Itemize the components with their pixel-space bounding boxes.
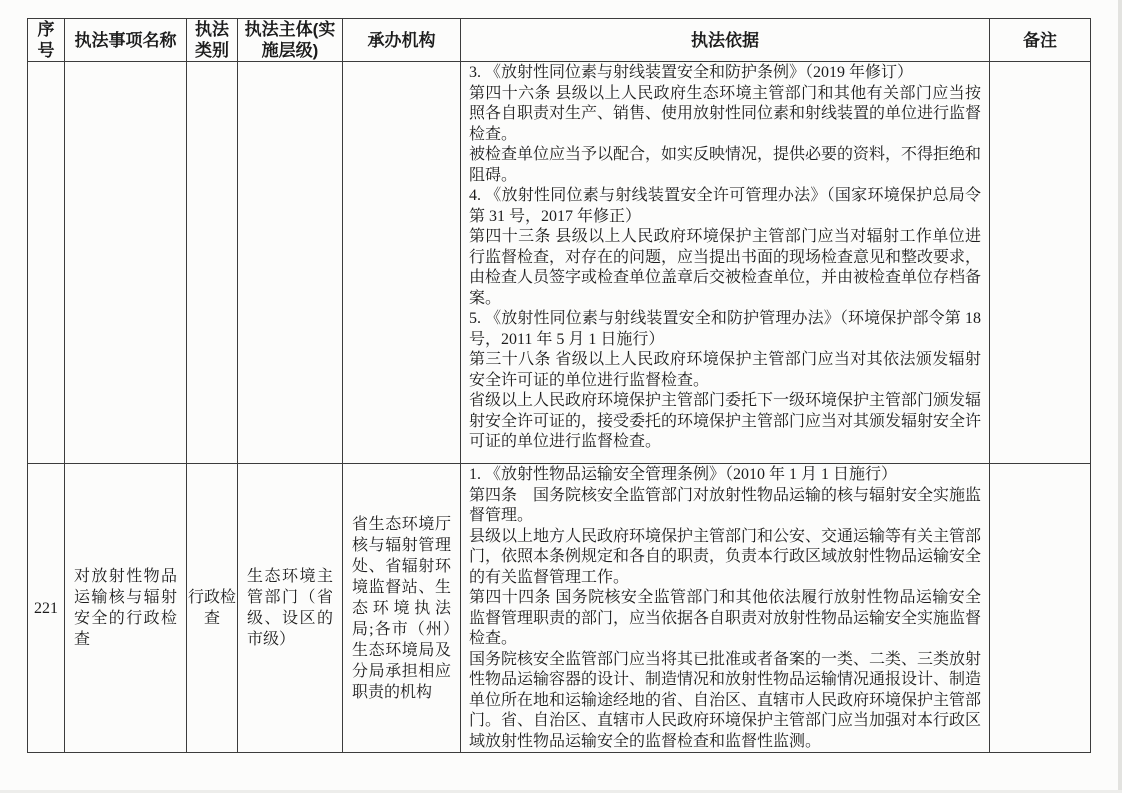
table-row-221: 221 对放射性物品运输核与辐射安全的行政检查 行政检查 生态环境主管部门（省级…	[28, 464, 1091, 753]
cell-no	[28, 62, 65, 464]
basis-paragraph: 省级以上人民政府环境保护主管部门委托下一级环境保护主管部门颁发辐射安全许可证的，…	[469, 391, 981, 453]
basis-paragraph: 国务院核安全监管部门应当将其已批准或者备案的一类、二类、三类放射性物品运输容器的…	[469, 650, 981, 753]
cell-no: 221	[28, 464, 65, 753]
basis-paragraph: 1. 《放射性物品运输安全管理条例》（2010 年 1 月 1 日施行）	[469, 465, 981, 486]
cell-basis: 3. 《放射性同位素与射线装置安全和防护条例》（2019 年修订） 第四十六条 …	[461, 62, 990, 464]
cell-agency: 省生态环境厅核与辐射管理处、省辐射环境监督站、生态环境执法局;各市（州）生态环境…	[343, 464, 461, 753]
basis-paragraph: 县级以上地方人民政府环境保护主管部门和公安、交通运输等有关主管部门，依照本条例规…	[469, 527, 981, 589]
scanned-document-page: 序号 执法事项名称 执法类别 执法主体(实施层级) 承办机构 执法依据 备注 3…	[0, 0, 1122, 793]
cell-subject: 生态环境主管部门（省级、设区的市级）	[238, 464, 343, 753]
header-cell-basis: 执法依据	[461, 19, 990, 62]
cell-agency	[343, 62, 461, 464]
header-row: 序号 执法事项名称 执法类别 执法主体(实施层级) 承办机构 执法依据 备注	[28, 19, 1091, 62]
cell-remark	[990, 464, 1091, 753]
table-row-continuation: 3. 《放射性同位素与射线装置安全和防护条例》（2019 年修订） 第四十六条 …	[28, 62, 1091, 464]
cell-category	[187, 62, 238, 464]
basis-paragraph: 第四条 国务院核安全监管部门对放射性物品运输的核与辐射安全实施监督管理。	[469, 486, 981, 527]
header-cell-no: 序号	[28, 19, 65, 62]
header-cell-remark: 备注	[990, 19, 1091, 62]
header-cell-category: 执法类别	[187, 19, 238, 62]
basis-paragraph: 第四十三条 县级以上人民政府环境保护主管部门应当对辐射工作单位进行监督检查，对存…	[469, 227, 981, 309]
cell-name: 对放射性物品运输核与辐射安全的行政检查	[65, 464, 187, 753]
cell-basis: 1. 《放射性物品运输安全管理条例》（2010 年 1 月 1 日施行） 第四条…	[461, 464, 990, 753]
enforcement-items-table: 序号 执法事项名称 执法类别 执法主体(实施层级) 承办机构 执法依据 备注 3…	[27, 18, 1091, 753]
basis-paragraph: 第四十六条 县级以上人民政府生态环境主管部门和其他有关部门应当按照各自职责对生产…	[469, 84, 981, 146]
header-cell-name: 执法事项名称	[65, 19, 187, 62]
basis-paragraph: 第三十八条 省级以上人民政府环境保护主管部门应当对其依法颁发辐射安全许可证的单位…	[469, 350, 981, 391]
basis-paragraph: 被检查单位应当予以配合，如实反映情况，提供必要的资料，不得拒绝和阻碍。	[469, 145, 981, 186]
cell-subject	[238, 62, 343, 464]
cell-name	[65, 62, 187, 464]
cell-category: 行政检查	[187, 464, 238, 753]
basis-paragraph: 4. 《放射性同位素与射线装置安全许可管理办法》（国家环境保护总局令第 31 号…	[469, 186, 981, 227]
scan-edge-right	[1118, 0, 1122, 793]
basis-paragraph: 5. 《放射性同位素与射线装置安全和防护管理办法》（环境保护部令第 18 号，2…	[469, 309, 981, 350]
header-cell-agency: 承办机构	[343, 19, 461, 62]
basis-paragraph: 3. 《放射性同位素与射线装置安全和防护条例》（2019 年修订）	[469, 63, 981, 84]
header-cell-subject: 执法主体(实施层级)	[238, 19, 343, 62]
cell-remark	[990, 62, 1091, 464]
basis-paragraph: 第四十四条 国务院核安全监管部门和其他依法履行放射性物品运输安全监督管理职责的部…	[469, 588, 981, 650]
